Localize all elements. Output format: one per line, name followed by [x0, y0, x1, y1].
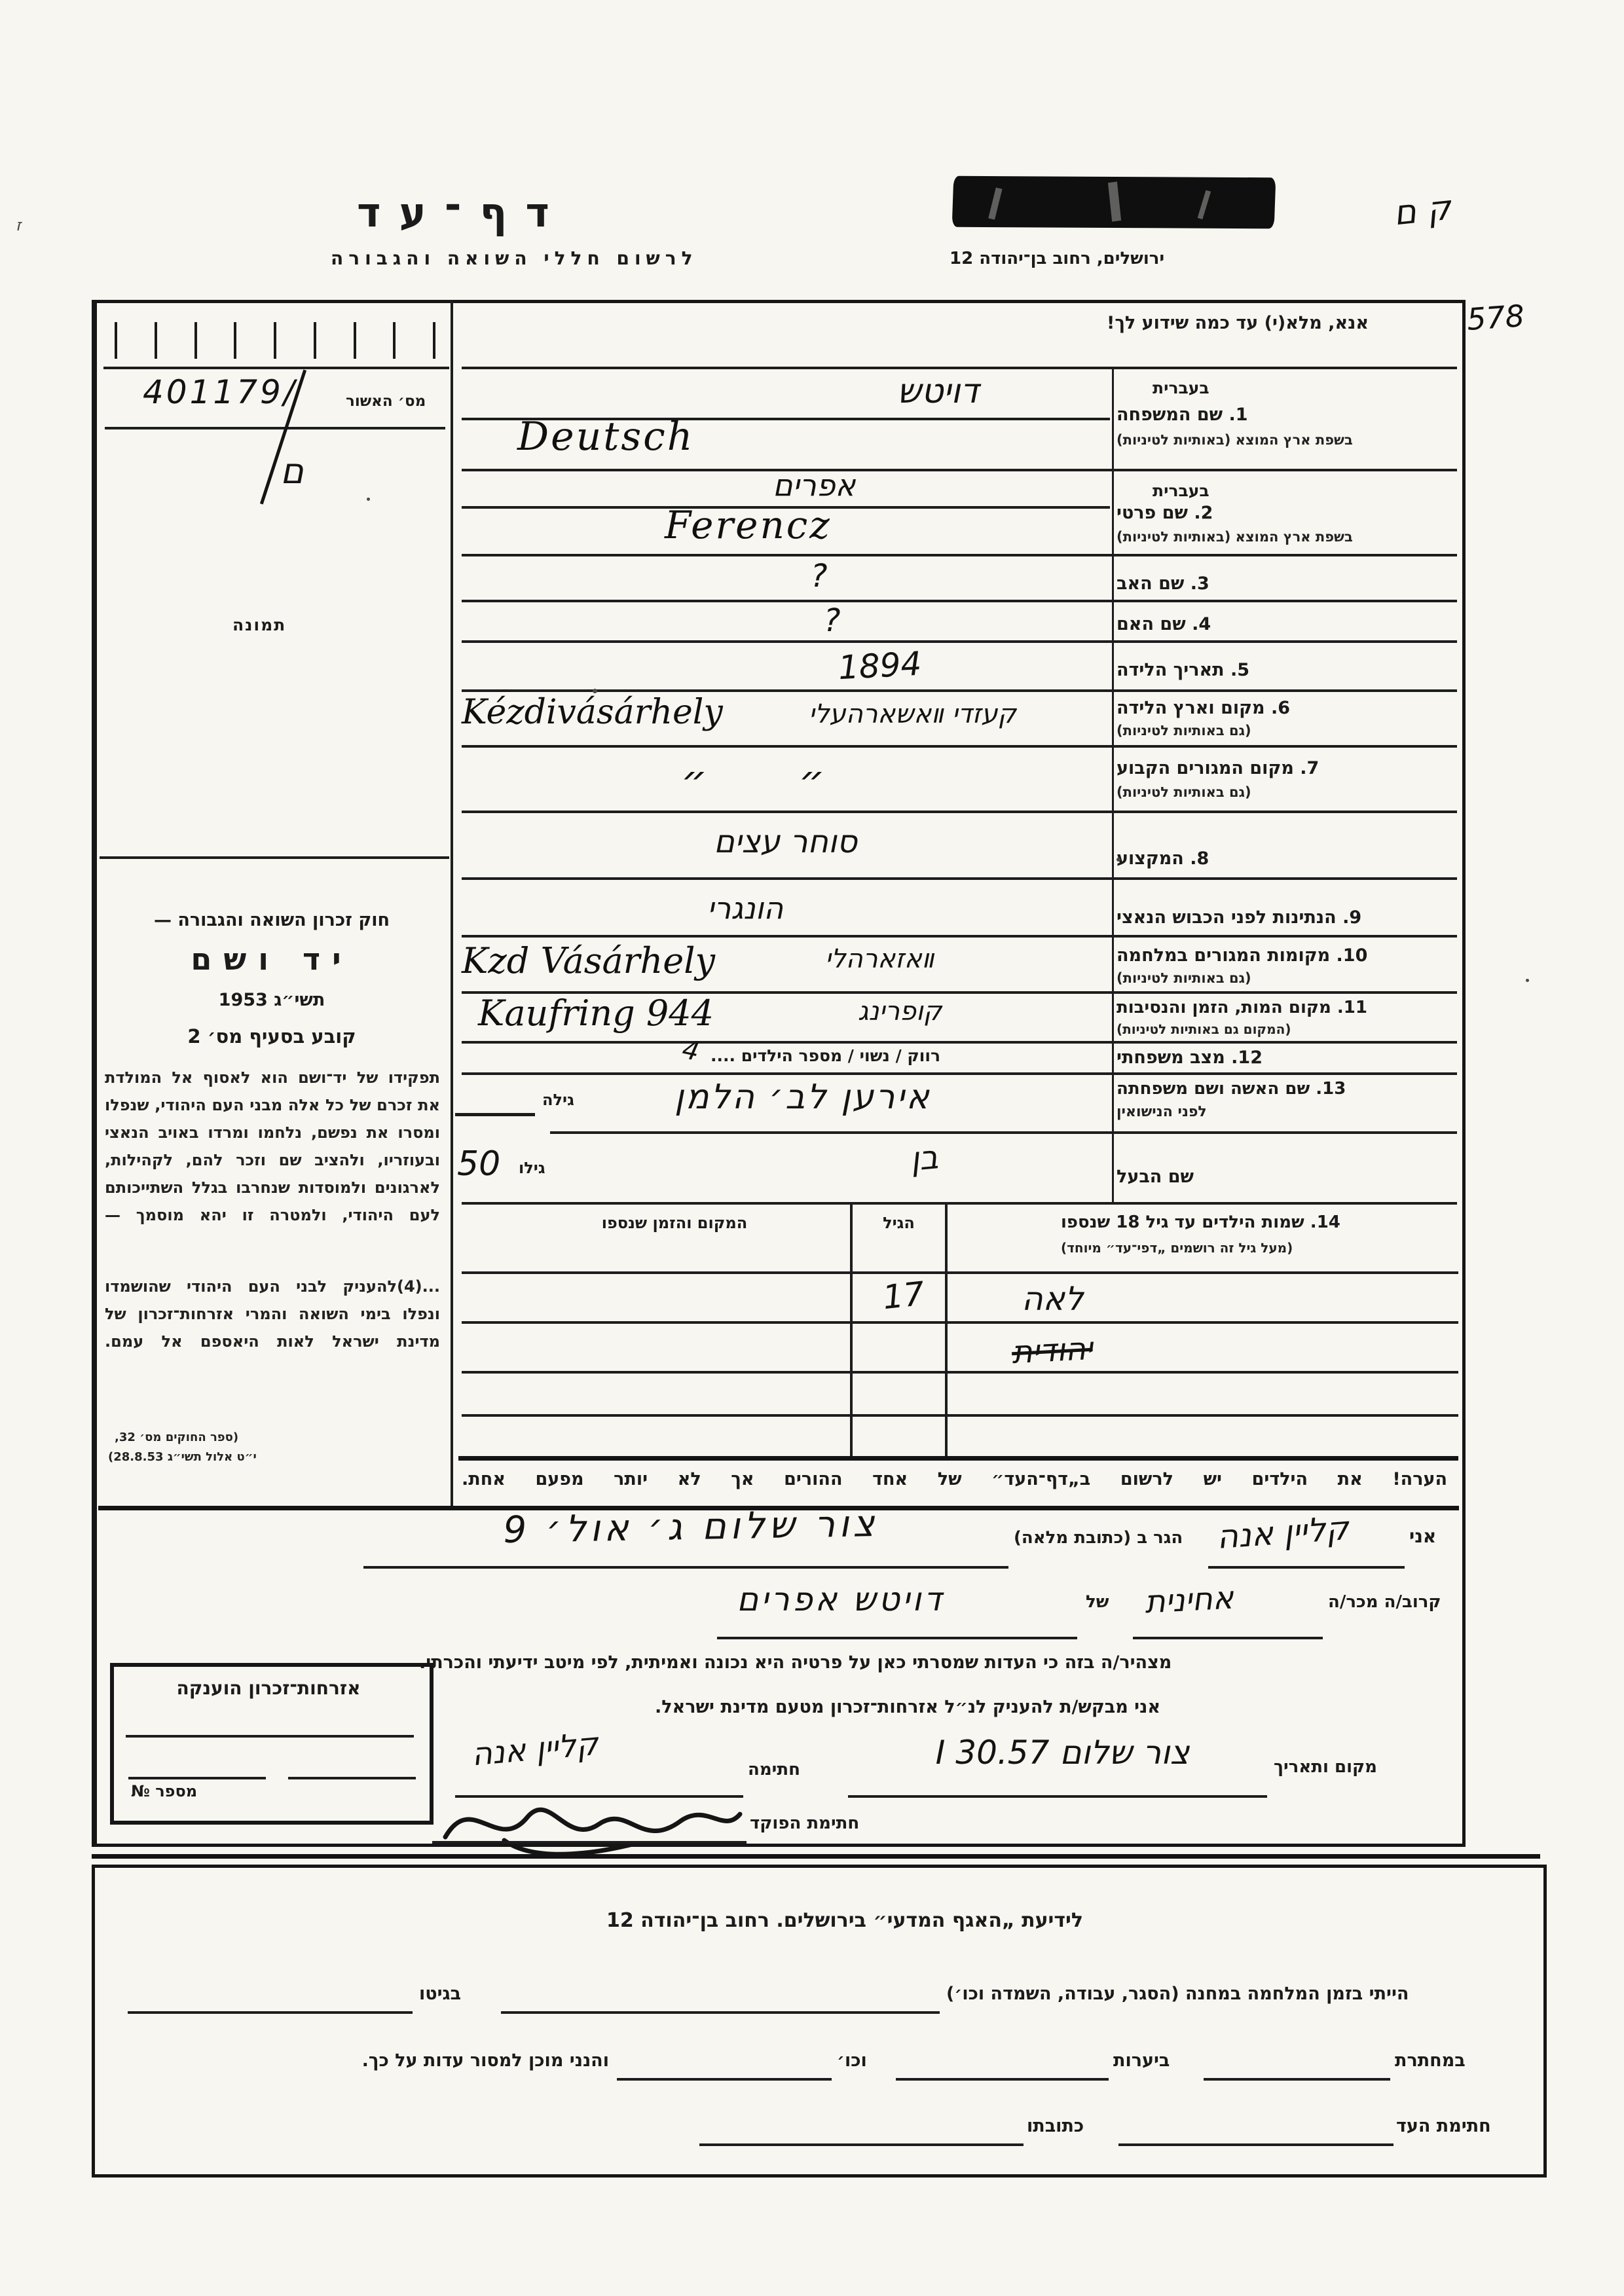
- witness-sign-underline: [1118, 2143, 1393, 2146]
- margin-mark: ז: [16, 216, 21, 234]
- memorial-box-title: אזרחות־זכרון הוענקה: [121, 1677, 416, 1699]
- camps-label: הייתי בזמן המלחמה במחנה (הסגר, עבודה, הש…: [946, 1984, 1503, 2004]
- entry-surname-hebrew: דויטש: [897, 372, 979, 411]
- camps-underline: [501, 2011, 940, 2014]
- children-header-rule: [462, 1271, 1458, 1274]
- photo-bottom-line: [100, 856, 449, 859]
- children-names-header: 14. שמות הילדים עד גיל 18 שנספו: [1061, 1212, 1457, 1232]
- field-7-label: 7. מקום המגורים הקבוע: [1116, 758, 1457, 778]
- children-row-rule: [462, 1371, 1458, 1374]
- approval-number-hand: 401179/: [143, 373, 297, 411]
- memorial-box-number-label: מספר №: [131, 1782, 197, 1800]
- field-13-sub-label: לפני הנישואין: [1116, 1104, 1457, 1120]
- children-bottom-rule: [458, 1456, 1458, 1461]
- field-1-label: 1. שם המשפחה: [1116, 405, 1457, 425]
- ghetto-label: בגיטו: [419, 1984, 461, 2004]
- office-address: ירושלים, רחוב בן־יהודה 12: [950, 249, 1164, 268]
- law-heading: חוק זכרון השואה והגבורה —: [101, 910, 442, 930]
- scan-speck: [1116, 858, 1120, 862]
- scanned-testimony-page: { "colors": {"paper": "#f7f6f1", "ink": …: [0, 0, 1624, 2296]
- field-2-pre-label: בעברית: [1153, 481, 1209, 500]
- law-year: תשי״ג 1953: [101, 990, 442, 1010]
- scan-speck: [1526, 979, 1529, 982]
- field-3-label: 3. שם האב: [1116, 574, 1457, 594]
- field-1-pre-label: בעברית: [1153, 378, 1209, 397]
- relation-label: קרוב/ה מכר/ה: [1328, 1592, 1441, 1612]
- child-row-name-crossed: יהודית: [1011, 1330, 1094, 1371]
- entry-firstname-hebrew: אפרים: [773, 467, 855, 503]
- of-label: של: [1086, 1592, 1109, 1612]
- rule-line: [462, 1202, 1457, 1205]
- wife-age-dashes: [455, 1113, 535, 1116]
- law-reference-2: י״ט אלול תשי״ג 28.8.53): [108, 1450, 257, 1464]
- form-title: דף־עד: [357, 189, 568, 236]
- rule-top: [462, 367, 1457, 369]
- children-names-subheader: (מעל גיל זה רושמים „דפי־עד״ מיוחד): [1061, 1240, 1457, 1256]
- field-1-sub-label: בשפת ארץ המוצא (באותיות לטיניות): [1116, 432, 1457, 448]
- place-date-hand: צור שלום I 30.57: [861, 1734, 1264, 1772]
- sidebar-divider: [451, 300, 453, 1509]
- victim-underline: [717, 1637, 1077, 1639]
- hand-letter-mem: ם: [280, 450, 304, 492]
- plea-line: אנא, מלא(י) עד כמה שידוע לך!: [1107, 313, 1437, 333]
- law-clause: קובע בסעיף מס׳ 2: [101, 1025, 442, 1048]
- law-name: יד ושם: [101, 941, 442, 977]
- declaration-statement: מצהיר/ה בזה כי העדות שמסרתי כאן על פרטיה…: [419, 1652, 1459, 1673]
- children-row-rule: [462, 1414, 1458, 1417]
- law-paragraph-1: תפקידו של יד־ושם הוא לאסוף אל המולדת את …: [105, 1064, 440, 1229]
- husband-name-label: שם הבעל: [1116, 1167, 1457, 1187]
- field-2-sub-label: בשפת ארץ המוצא (באותיות לטיניות): [1116, 529, 1457, 545]
- photo-label: תמונה: [232, 615, 286, 634]
- field-2-label: 2. שם פרטי: [1116, 503, 1457, 523]
- approval-underline: [105, 427, 445, 429]
- main-box-double-line: [92, 1854, 1540, 1859]
- field-12-label: 12. מצב משפחתי: [1116, 1048, 1457, 1068]
- his-address-underline: [699, 2143, 1024, 2146]
- his-address-label: כתובתו: [1027, 2116, 1084, 2136]
- residence-label: הגר ב (כתובת מלאה): [1014, 1528, 1183, 1548]
- children-age-header: הגיל: [871, 1214, 927, 1232]
- children-note: הערה! את הילדים יש לרשום ב„דף־העד״ של אח…: [462, 1469, 1447, 1489]
- etc-underline: [617, 2078, 832, 2081]
- marital-options: רווק / נשוי / מספר הילדים ....: [710, 1046, 940, 1065]
- witness-sign-label: חתימת העד: [1396, 2116, 1491, 2136]
- entry-birth-year: 1894: [838, 645, 923, 687]
- place-date-underline: [848, 1795, 1267, 1798]
- relation-underline: [1133, 1637, 1323, 1639]
- entry-citizenship: הונגרי: [707, 890, 783, 926]
- field-6-sub-label: (גם באותיות לטיניות): [1116, 723, 1457, 738]
- rule-line: [462, 1041, 1457, 1044]
- handwritten-corner-marks: ק ם: [1392, 189, 1453, 234]
- husband-age-label: גילו: [519, 1159, 545, 1177]
- memorial-box-line-2a: [128, 1777, 266, 1779]
- rule-line: [462, 469, 1457, 471]
- field-6-label: 6. מקום וארץ הלידה: [1116, 698, 1457, 718]
- entry-mother-name: ?: [824, 602, 840, 639]
- entry-birthplace-hebrew: קעזדי װאשארהעלי: [809, 699, 1016, 729]
- victim-name-hand: דויטש אפרים: [737, 1580, 944, 1618]
- entry-surname-latin: Deutsch: [517, 414, 694, 460]
- rule-line: [462, 640, 1457, 643]
- underground-underline: [1204, 2078, 1390, 2081]
- rule-line: [462, 600, 1457, 602]
- forest-underline: [896, 2078, 1109, 2081]
- signature-label: חתימה: [748, 1760, 800, 1779]
- entry-wife-name: אירען לב׳ הלמן: [674, 1078, 931, 1117]
- rule-line: [462, 689, 1457, 692]
- entry-death-place-latin: Kaufring 944: [478, 993, 714, 1034]
- child-row-name: לאה: [1022, 1280, 1084, 1318]
- science-dept-title: לידיעת „האגף המדעי״ בירושלים. רחוב בן־יה…: [288, 1909, 1401, 1932]
- rule-line: [462, 1072, 1457, 1075]
- rule-line: [462, 745, 1457, 748]
- law-paragraph-2: ...(4)להעניק לבני העם היהודי שהושמדו ונפ…: [105, 1273, 440, 1355]
- entry-residence-ditto: ״ ״: [681, 756, 825, 804]
- approval-number-label: מס׳ האשור: [346, 393, 426, 410]
- rule-line: [462, 554, 1457, 556]
- entry-husband-hand: בן: [909, 1138, 940, 1178]
- witness-name-underline: [1208, 1566, 1405, 1569]
- underground-label: במחתרת: [1395, 2050, 1466, 2071]
- rule-line: [462, 877, 1457, 880]
- address-underline: [363, 1566, 1008, 1569]
- etc-label: וכו׳: [837, 2050, 867, 2071]
- field-11-sub-label: (המקום גם באותיות לטיניות): [1116, 1021, 1457, 1037]
- official-signature-flourish: [426, 1778, 753, 1863]
- field-10-label: 10. מקומות המגורים במלחמה: [1116, 945, 1457, 966]
- husband-age-hand: 50: [457, 1144, 500, 1184]
- memorial-box-line-1: [126, 1735, 414, 1738]
- law-reference-1: (ספר החוקים מס׳ 32,: [115, 1430, 238, 1444]
- field-7-sub-label: (גם באותיות לטיניות): [1116, 784, 1457, 800]
- declaration-i-label: אני: [1409, 1525, 1436, 1547]
- field-11-label: 11. מקום המות, הזמן והנסיבות: [1116, 998, 1457, 1017]
- child-row-age: 17: [881, 1275, 926, 1317]
- scan-speck: [593, 689, 597, 693]
- children-col-divider-left: [850, 1202, 853, 1459]
- official-signature-label: חתימת הפוקד: [750, 1813, 859, 1833]
- declaration-request: אני מבקש/ת להעניק לנ״ל אזרחות־זכרון מטעם…: [655, 1697, 1459, 1717]
- entry-birthplace-latin: Kézdivásárhely: [462, 693, 723, 732]
- children-place-header: המקום והזמן שנספו: [544, 1214, 805, 1232]
- handwritten-file-number: 578: [1466, 298, 1525, 337]
- label-column-divider: [1112, 367, 1114, 1205]
- entry-firstname-latin: Ferencz: [665, 503, 832, 547]
- memorial-box-line-2b: [288, 1777, 416, 1779]
- field-4-label: 4. שם האם: [1116, 614, 1457, 634]
- scan-speck: [367, 498, 370, 501]
- entry-war-residence-hebrew: װאזארהלי: [825, 944, 934, 974]
- rule-line: [462, 811, 1457, 813]
- children-row-rule: [462, 1321, 1458, 1324]
- official-signature-underline: [432, 1841, 747, 1844]
- wife-age-label: גילה: [542, 1091, 574, 1109]
- entry-father-name: ?: [811, 558, 827, 594]
- yad-vashem-ink-stamp-icon: [952, 176, 1276, 229]
- rule-line: [550, 1131, 1457, 1134]
- ticks-baseline: [103, 367, 449, 369]
- ghetto-underline: [128, 2011, 413, 2014]
- field-8-label: 8. המקצוע: [1116, 848, 1457, 869]
- entry-profession: סוחר עצים: [714, 824, 857, 860]
- tally-ticks: [115, 322, 435, 361]
- testify-label: והנני מוכן למסור עדות על כך.: [124, 2050, 609, 2071]
- entry-death-place-hebrew: קופרינג: [858, 996, 942, 1027]
- children-col-divider-right: [945, 1202, 948, 1459]
- entry-war-residence-latin: Kzd Vásárhely: [462, 940, 715, 981]
- forest-label: ביערות: [1113, 2050, 1170, 2071]
- relation-hand: אחינית: [1144, 1579, 1234, 1620]
- form-subtitle: לרשום חללי השואה והגבורה: [331, 247, 698, 269]
- field-10-sub-label: (גם באותיות לטיניות): [1116, 970, 1457, 986]
- field-5-label: 5. תאריך הלידה: [1116, 660, 1457, 680]
- field-13-label: 13. שם האשה ושם משפחתה: [1116, 1079, 1457, 1099]
- place-date-label: מקום ותאריך: [1274, 1757, 1377, 1777]
- field-9-label: 9. הנתינות לפני הכבוש הנאצי: [1116, 907, 1457, 928]
- rule-line: [462, 935, 1457, 938]
